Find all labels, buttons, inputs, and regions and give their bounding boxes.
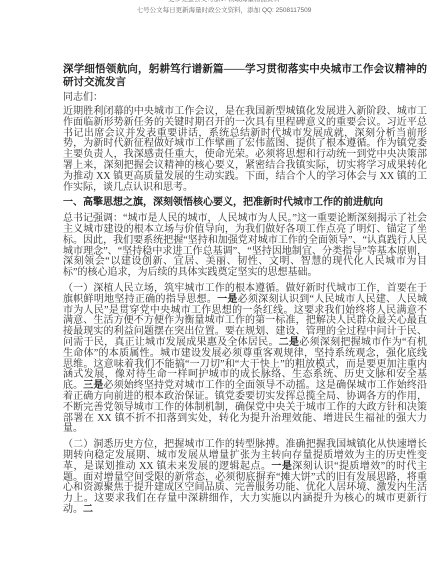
paragraph: 近期胜利闭幕的中央城市工作会议，是在我国新型城镇化发展进入新阶段、城市工作面临新…: [63, 107, 427, 193]
section-heading: 一、高擎思想之旗，深刻领悟核心要义，把准新时代城市工作的前进航向: [63, 198, 427, 209]
document-page: 更多完整公文可加V: 领取海量精品资料 七号公文每日更新海量时政公文资料，添加 …: [0, 0, 448, 580]
promo-header: 更多完整公文可加V: 领取海量精品资料 七号公文每日更新海量时政公文资料，添加 …: [0, 0, 448, 15]
text-segment: 一、高擎思想之旗，深刻领悟核心要义，把准新时代城市工作的前进航向: [63, 197, 383, 208]
text-segment: 一是: [271, 461, 292, 472]
text-segment: 总书记强调：“城市是人民的城市，人民城市为人民。”这一重要论断深刻揭示了社会主义…: [63, 213, 427, 278]
promo-line-qq: 七号公文每日更新海量时政公文资料，添加 QQ: 2508117509: [0, 7, 448, 15]
salutation: 同志们：: [63, 92, 427, 103]
paragraph: （二）洞悉历史方位，把握城市工作的转型脉搏。准确把握我国城镇化从快速增长期转向稳…: [63, 440, 427, 516]
text-segment: 二是: [279, 337, 300, 348]
document-title: 深学细悟领航向，躬耕笃行谱新篇——学习贯彻落实中央城市工作会议精神的研讨交流发言: [63, 63, 427, 89]
document-body: 近期胜利闭幕的中央城市工作会议，是在我国新型城镇化发展进入新阶段、城市工作面临新…: [63, 107, 427, 516]
promo-line-clipped: 更多完整公文可加V: 领取海量精品资料: [0, 0, 448, 4]
text-segment: 必须始终坚持党对城市工作的全面领导不动摇。这是确保城市工作始终沿着正确方向前进的…: [63, 380, 427, 434]
document-content: 深学细悟领航向，躬耕笃行谱新篇——学习贯彻落实中央城市工作会议精神的研讨交流发言…: [63, 63, 427, 521]
paragraph: （一）深植人民立场，筑牢城市工作的根本遵循。做好新时代城市工作，首要在于旗帜鲜明…: [63, 284, 427, 435]
text-segment: 二: [83, 504, 93, 515]
paragraph: 总书记强调：“城市是人民的城市，人民城市为人民。”这一重要论断深刻揭示了社会主义…: [63, 214, 427, 279]
text-segment: 三是: [83, 380, 103, 391]
text-segment: 一是: [217, 294, 238, 305]
text-segment: 近期胜利闭幕的中央城市工作会议，是在我国新型城镇化发展进入新阶段、城市工作面临新…: [63, 106, 427, 193]
